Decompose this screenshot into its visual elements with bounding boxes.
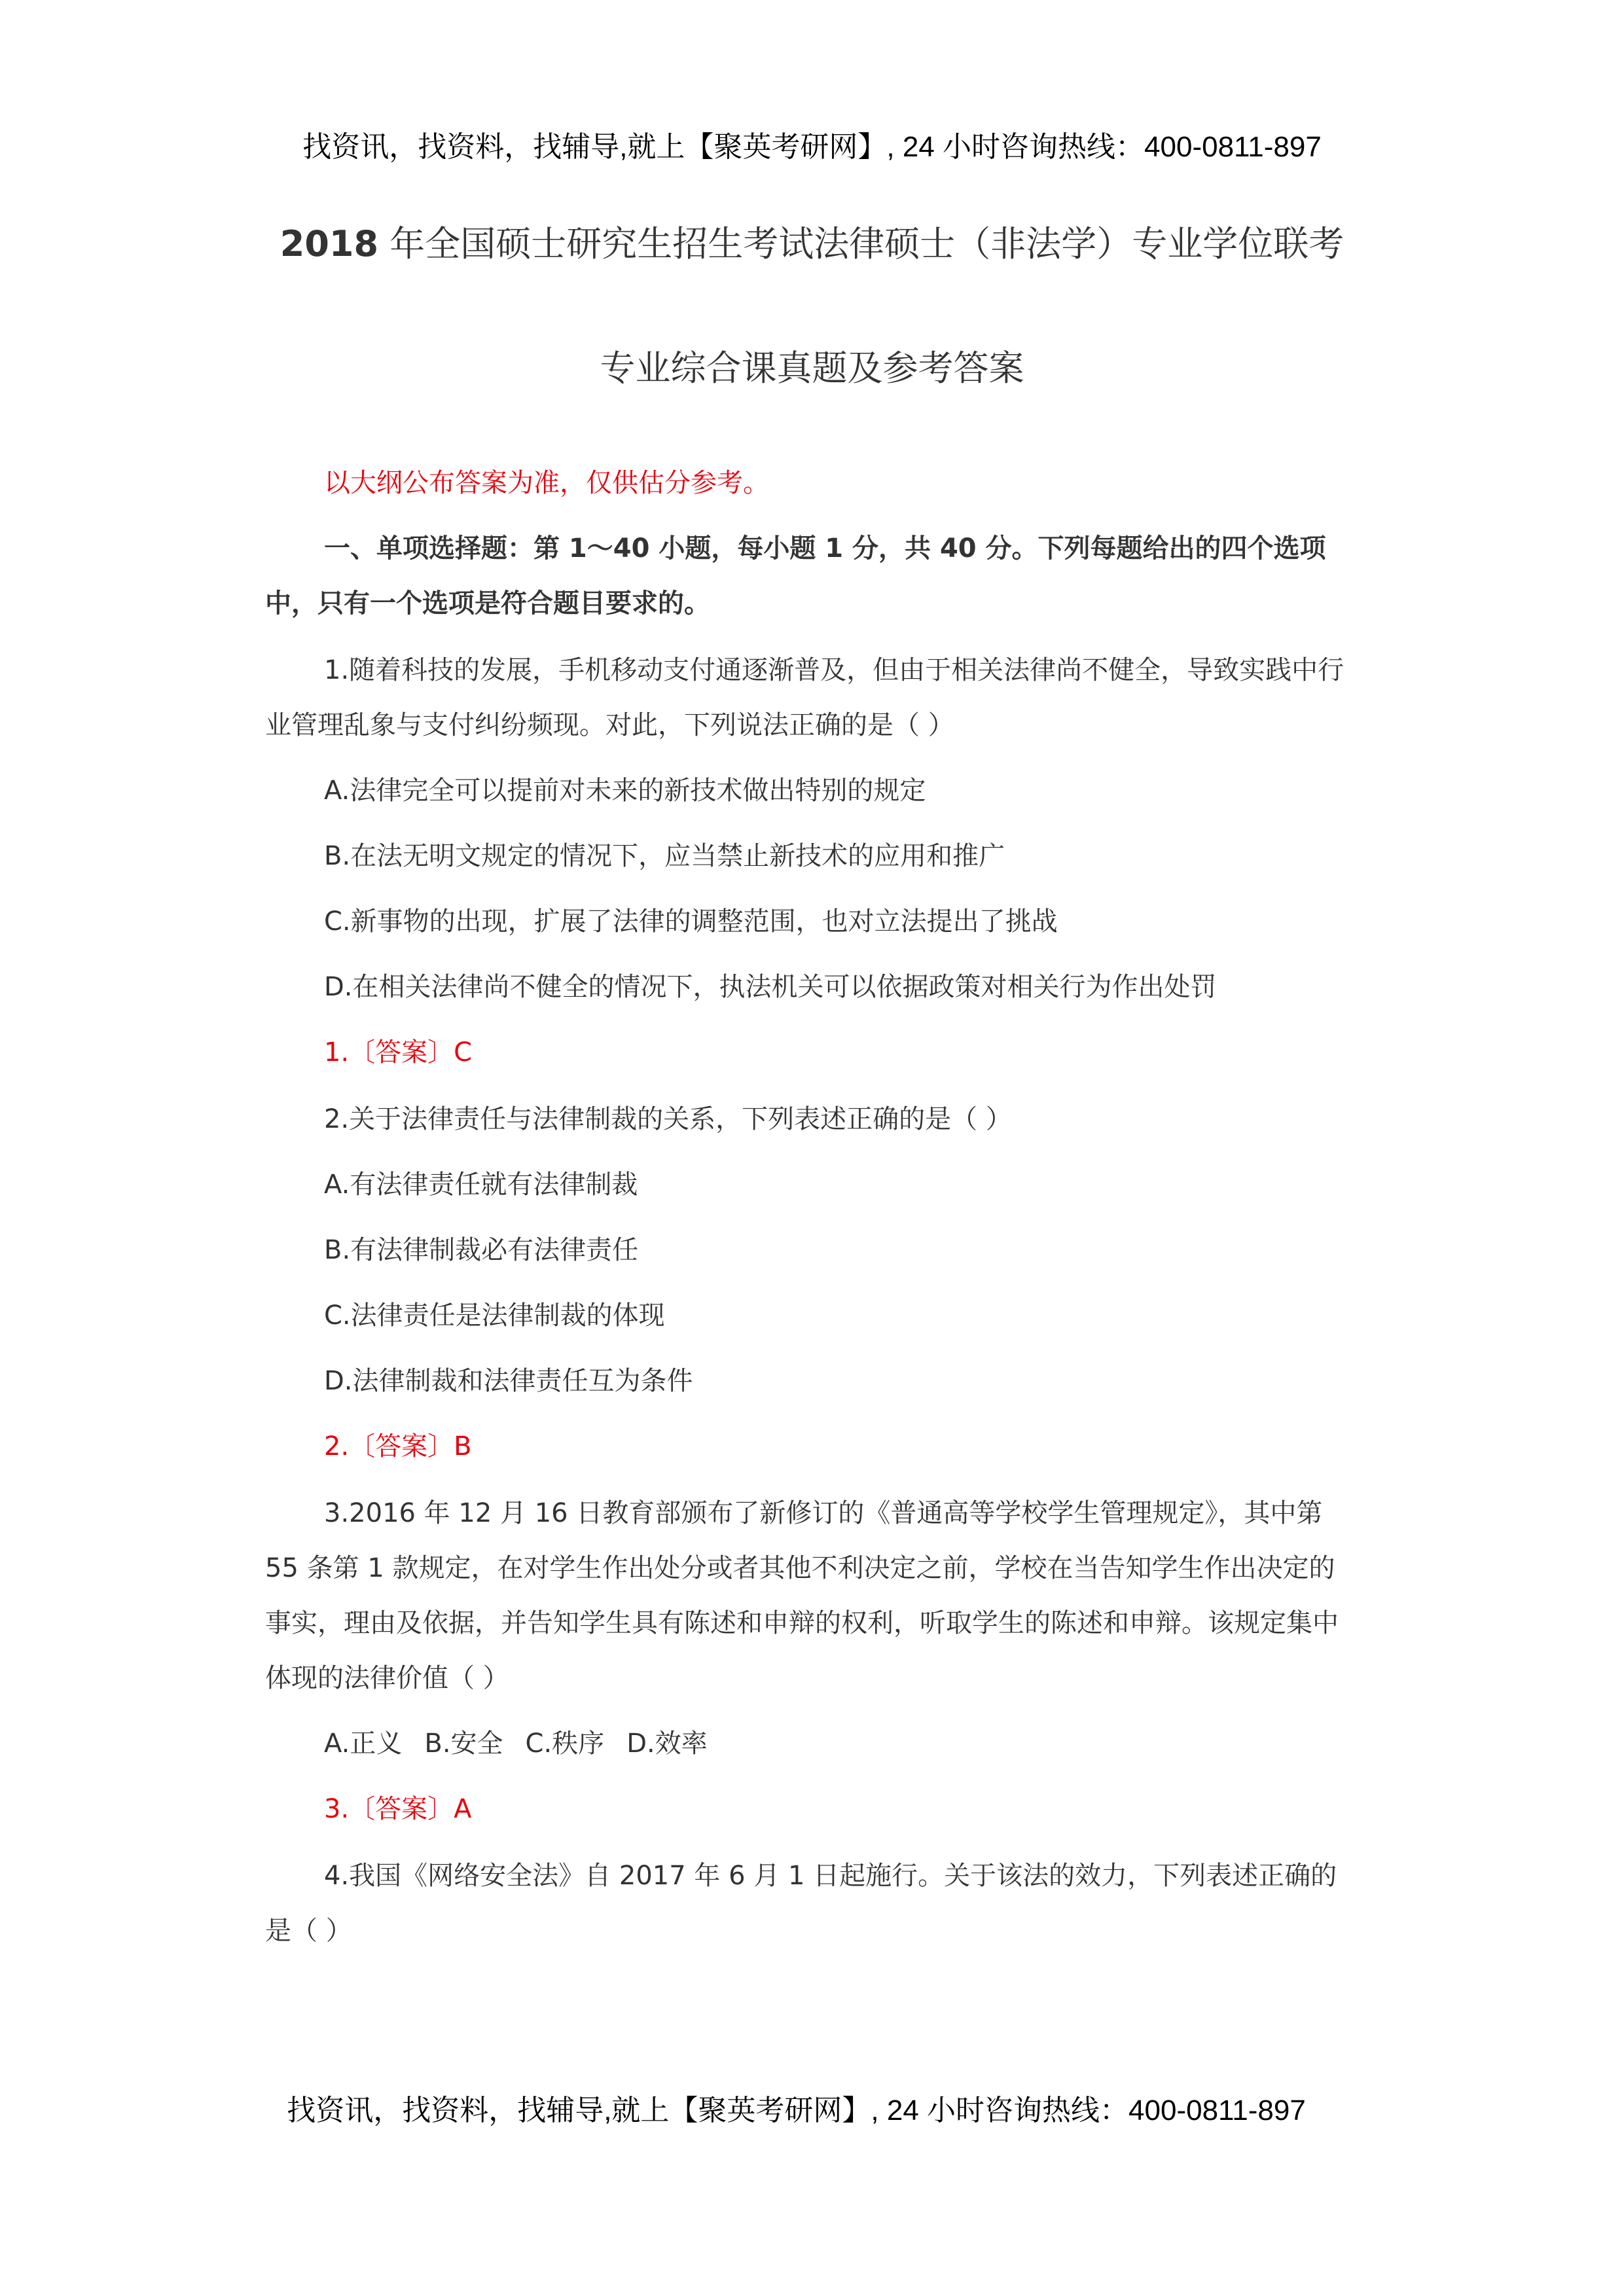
title-year: 2018	[280, 223, 378, 264]
answer: 2.〔答案〕B	[265, 1419, 1352, 1474]
title-text: 年全国硕士研究生招生考试法律硕士（非法学）专业学位联考	[378, 223, 1344, 264]
option-b: B.安全	[424, 1729, 503, 1759]
option-d: D.效率	[626, 1729, 708, 1759]
option-a: A.有法律责任就有法律制裁	[265, 1157, 1352, 1212]
options-inline: A.正义B.安全C.秩序D.效率	[265, 1716, 1352, 1771]
question-3: 3.2016 年 12 月 16 日教育部颁布了新修订的《普通高等学校学生管理规…	[265, 1486, 1352, 1837]
option-d: D.在相关法律尚不健全的情况下，执法机关可以依据政策对相关行为作出处罚	[265, 960, 1352, 1014]
header-banner: 找资讯，找资料，找辅导,就上【聚英考研网】, 24 小时咨询热线：400-081…	[0, 123, 1624, 165]
question-stem: 3.2016 年 12 月 16 日教育部颁布了新修订的《普通高等学校学生管理规…	[265, 1486, 1352, 1706]
question-stem: 4.我国《网络安全法》自 2017 年 6 月 1 日起施行。关于该法的效力，下…	[265, 1848, 1352, 1958]
question-stem: 1.随着科技的发展，手机移动支付通逐渐普及，但由于相关法律尚不健全，导致实践中行…	[265, 643, 1352, 753]
option-c: C.法律责任是法律制裁的体现	[265, 1288, 1352, 1343]
document-body: 以大纲公布答案为准，仅供估分参考。 一、单项选择题：第 1～40 小题，每小题 …	[265, 456, 1352, 1958]
answer: 1.〔答案〕C	[265, 1025, 1352, 1080]
question-4: 4.我国《网络安全法》自 2017 年 6 月 1 日起施行。关于该法的效力，下…	[265, 1848, 1352, 1958]
option-b: B.有法律制裁必有法律责任	[265, 1223, 1352, 1278]
option-c: C.秩序	[526, 1729, 605, 1759]
section-heading: 一、单项选择题：第 1～40 小题，每小题 1 分，共 40 分。下列每题给出的…	[265, 521, 1352, 631]
option-a: A.法律完全可以提前对未来的新技术做出特别的规定	[265, 763, 1352, 818]
question-1: 1.随着科技的发展，手机移动支付通逐渐普及，但由于相关法律尚不健全，导致实践中行…	[265, 643, 1352, 1080]
answer: 3.〔答案〕A	[265, 1782, 1352, 1837]
footer-banner: 找资讯，找资料，找辅导,就上【聚英考研网】, 24 小时咨询热线：400-081…	[0, 2087, 1608, 2128]
option-d: D.法律制裁和法律责任互为条件	[265, 1354, 1352, 1408]
option-a: A.正义	[324, 1729, 402, 1759]
question-stem: 2.关于法律责任与法律制裁的关系，下列表述正确的是（ ）	[265, 1092, 1352, 1147]
document-title-line2: 专业综合课真题及参考答案	[0, 340, 1624, 391]
disclaimer: 以大纲公布答案为准，仅供估分参考。	[265, 456, 1352, 511]
question-2: 2.关于法律责任与法律制裁的关系，下列表述正确的是（ ） A.有法律责任就有法律…	[265, 1092, 1352, 1474]
option-b: B.在法无明文规定的情况下，应当禁止新技术的应用和推广	[265, 829, 1352, 884]
option-c: C.新事物的出现，扩展了法律的调整范围，也对立法提出了挑战	[265, 894, 1352, 949]
document-title-line1: 2018 年全国硕士研究生招生考试法律硕士（非法学）专业学位联考	[0, 216, 1624, 266]
